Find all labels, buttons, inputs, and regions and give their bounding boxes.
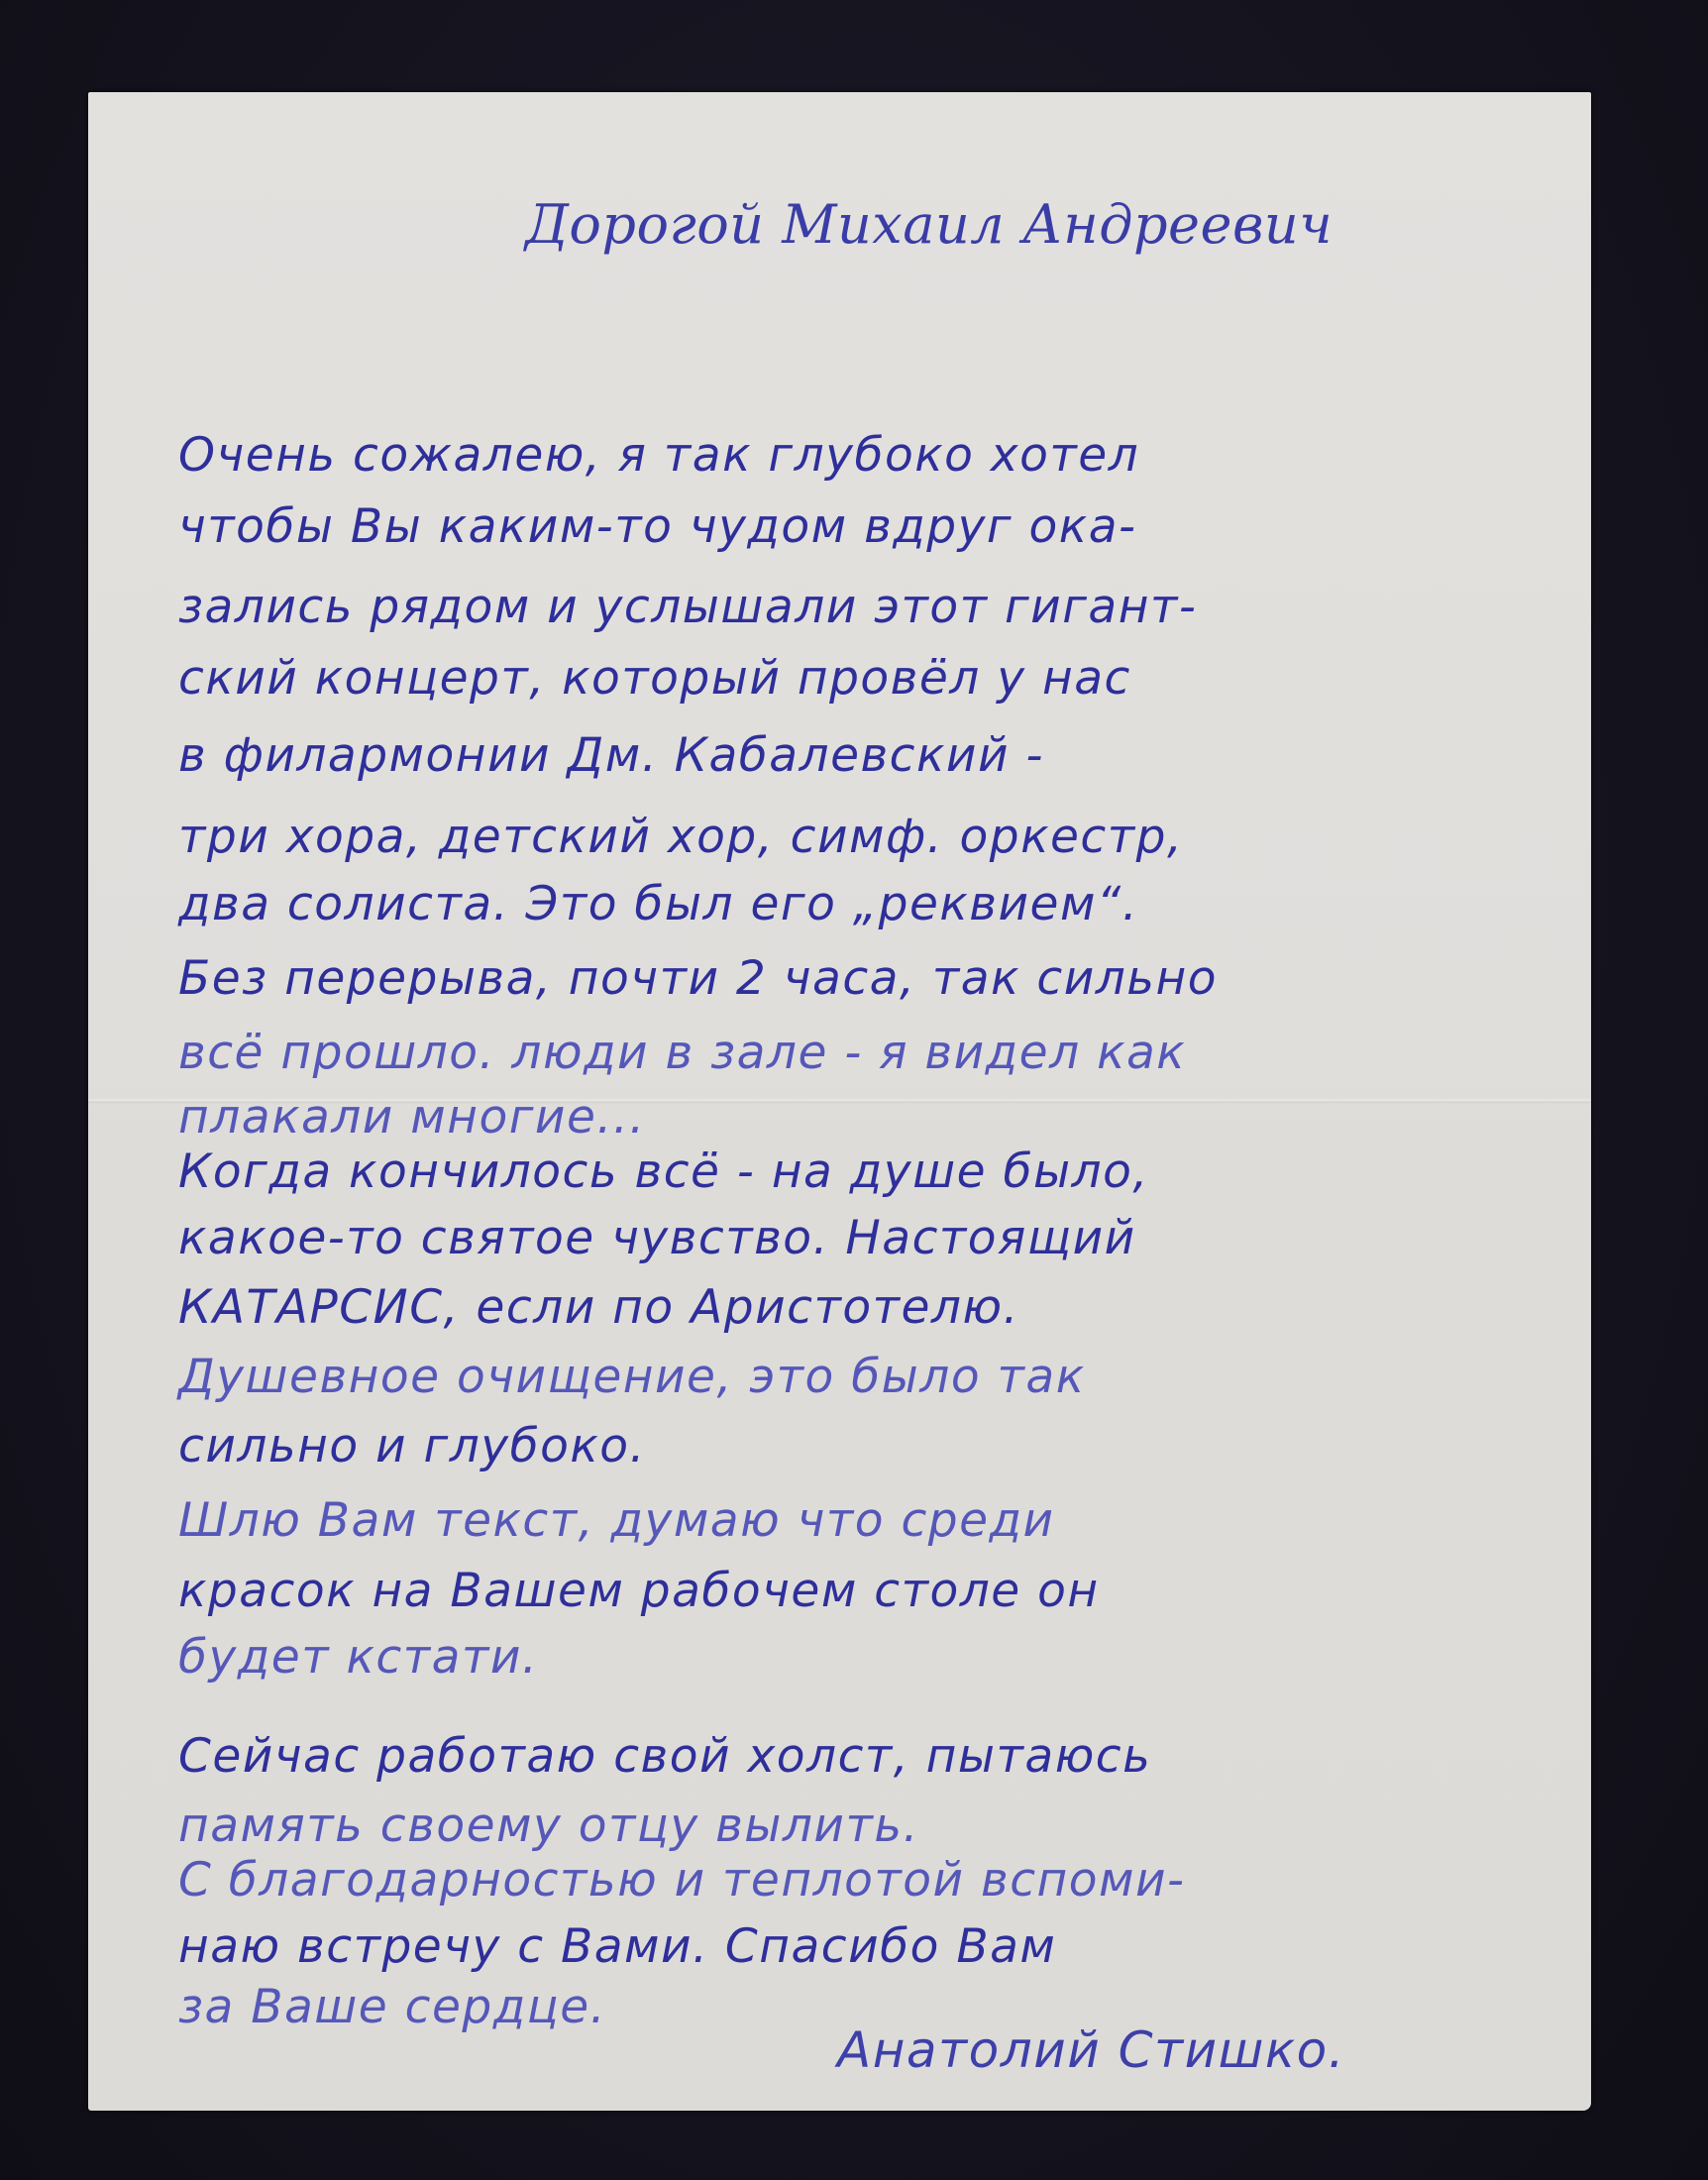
letter-line: сильно и глубоко.: [178, 1419, 646, 1473]
letter-line: Шлю Вам текст, думаю что среди: [178, 1493, 1055, 1548]
letter-line: в филармонии Дм. Кабалевский -: [178, 728, 1044, 783]
letter-line: С благодарностью и теплотой вспоми-: [178, 1853, 1185, 1907]
letter-line: Без перерыва, почти 2 часа, так сильно: [178, 951, 1218, 1006]
letter-line: КАТАРСИС, если по Аристотелю.: [178, 1280, 1019, 1335]
letter-line: три хора, детский хор, симф. оркестр,: [178, 810, 1183, 864]
letter-line: чтобы Вы каким-то чудом вдруг ока-: [178, 499, 1136, 554]
letter-line: красок на Вашем рабочем столе он: [178, 1564, 1100, 1618]
letter-salutation: Дорогой Михаил Андреевич: [525, 193, 1333, 256]
letter-line: зались рядом и услышали этот гигант-: [178, 580, 1197, 634]
letter-line: какое-то святое чувство. Настоящий: [178, 1211, 1136, 1265]
letter-line: будет кстати.: [178, 1630, 538, 1685]
letter-line: Душевное очищение, это было так: [178, 1350, 1086, 1404]
letter-line: всё прошло. люди в зале - я видел как: [178, 1026, 1186, 1080]
letter-line: ский концерт, который провёл у нас: [178, 651, 1131, 706]
letter-line: два солиста. Это был его „реквием“.: [178, 877, 1138, 931]
letter-line: плакали многие...: [178, 1090, 646, 1144]
letter-signature: Анатолий Стишко.: [837, 2021, 1345, 2079]
letter-line: память своему отцу вылить.: [178, 1798, 919, 1853]
letter-line: Сейчас работаю свой холст, пытаюсь: [178, 1729, 1151, 1784]
letter-line: Когда кончилось всё - на душе было,: [178, 1144, 1149, 1199]
letter-line: за Ваше сердце.: [178, 1980, 606, 2034]
letter-line: наю встречу с Вами. Спасибо Вам: [178, 1919, 1056, 1974]
letter-line: Очень сожалею, я так глубоко хотел: [178, 428, 1139, 483]
